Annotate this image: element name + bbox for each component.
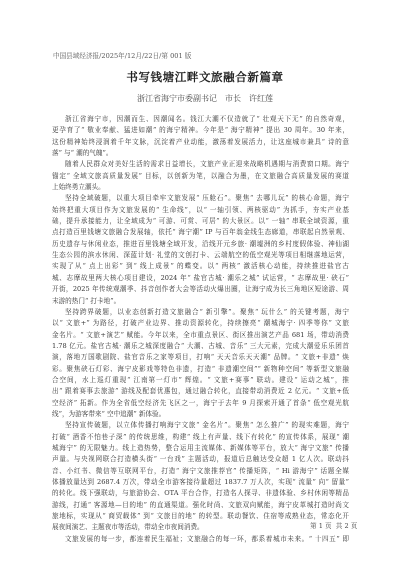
body-text-line: 始终把重大项目作为文旅发展的“ 生命线”，以“ 一轴引领、两核驱动” 为抓手，夯… — [52, 205, 349, 216]
body-text-line: 坚持全域破题，以重大项目牵牢文旅发展“ 压舱石”。聚焦“ 去哪儿玩” 的核心命题… — [52, 193, 349, 204]
document-page: 中国县域经济报/2025年/12月/22日/第 001 版 书写钱塘江畔文旅融合… — [0, 0, 410, 580]
body-text-line: 金名片。“ 文旅+演艺” 赋能。今年以来，全市重点景区、街区推出演艺产品 681… — [52, 330, 349, 341]
body-text-line: 出“ 跟着赛事去旅游” 游线及配套优惠包，通过融合转化，直接带动消费近 2 亿元… — [52, 386, 349, 397]
article-title: 书写钱塘江畔文旅融合新篇章 — [0, 69, 410, 85]
body-text-line: 演，落地万国歌剧院、盐官音乐之家等项目，打响“ 天天音乐天天潮” 品牌。“ 文旅… — [52, 352, 349, 363]
body-text-line: 点打造百里钱塘文旅融合发展轴，依托“ 海宁潮” IP 与百年翁金线生态廊道，串联… — [52, 227, 349, 238]
body-text-line: 文旅发展的每一步，都连着民生福祉；文旅融合的每一环，都系着城市未来。“ 十四五”… — [52, 534, 349, 545]
body-text-line: 1.78 亿元。盐官古城· 潮乐之城深度融合“ 大潮、古城、音乐” 三大元素，完… — [52, 341, 349, 352]
body-text-line: 游线，打通“ 客源地—目的地” 的直通渠道。强化时尚、文旅双向赋能，海宁皮革城打… — [52, 500, 349, 511]
publication-source-line: 中国县域经济报/2025年/12月/22日/第 001 版 — [53, 50, 191, 60]
body-text-line: 坚持跨界破题，以业态创新打造文旅融合“ 新引擎”。聚焦“ 玩什么” 的关键考题，… — [52, 307, 349, 318]
body-text-line: 音、小红书、微信等互联网平台，打造“ 海宁文旅推荐官” 传播矩阵，“ Hi 游海… — [52, 466, 349, 477]
body-text-line: 实现了从“ 点上出彩” 到“ 线上成景” 的蝶变。以“ 两核” 激活核心动能，持… — [52, 261, 349, 272]
body-text-line: 以“ 文旅+” 为路径，打破产业边界、推动资源转化，持续擦亮“ 潮城海宁· 四季… — [52, 318, 349, 329]
body-text-line: 城、志摩故里两大核心项目建设，2024 年“ 盐官古城· 潮乐之城” 试运营，“… — [52, 273, 349, 284]
body-text-line: 线”，为游客带来“ 空中追潮” 新体验。 — [52, 409, 349, 420]
body-text-line: 末游的热门“ 打卡地”。 — [52, 296, 349, 307]
body-text-line: 彩。聚焦硖石灯彩、海宁皮影戏等特色非遗，打造“ 非遗潮空间”“ 新物种空间” 等… — [52, 364, 349, 375]
body-text-line: 声量。与央视网联合打造横头街“ 一台戏” 主题活动，报道后总触达受众超 1 亿人… — [52, 454, 349, 465]
body-text-line: 的转化。线下强联动，与旅游协会、OTA 平台合作，打造名人探寻、非遗体验、乡村休… — [52, 488, 349, 499]
body-text-line: 开街，2025 年传统观潮季、抖音创作者大会等活动火爆出圈，让海宁成为长三角地区… — [52, 284, 349, 295]
article-byline: 浙江省海宁市委副书记 市长 许红莲 — [0, 93, 410, 104]
body-text-line: 础，提升承接能力，让全域成为“ 可游、可赏、可居” 的大景区。以“ 一轴” 串联… — [52, 216, 349, 227]
body-text-line: 浙江省海宁市，因潮而生、因潮闻名。钱江大潮不仅造就了“ 壮观天下无” 的自然奇观… — [52, 114, 349, 125]
page-indicator: 第 1 页 共 2 页 — [310, 520, 357, 530]
body-text-line: 上始终勇立潮头。 — [52, 182, 349, 193]
body-text-line: 城海宁” 的无限魅力。线上造热势，整合运用主流媒体、新媒体等平台，放大“ 海宁文… — [52, 443, 349, 454]
body-text-line: 旅地标，实现从“ 商贸载体” 到“ 文旅目的地” 的转型。联动餐饮、住宿等成熟业… — [52, 511, 349, 522]
body-text-line: 空经济” 拓新。作为全省低空经济先飞区之一，海宁于去年 9 月探索开通了首条“ … — [52, 398, 349, 409]
body-text-line: 更孕育了“ 敬业奉献、猛进如潮” 的海宁精神。今年是“ 海宁精神” 提出 30 … — [52, 125, 349, 136]
body-text-line: 打破“ 酒香不怕巷子深” 的传统思维，构建“ 线上有声量、线下有转化” 的宣传体… — [52, 432, 349, 443]
body-text-line: 历史遗存与休闲业态，推进百里钱塘全域开发，沿线开元乡旅· 潮墟洲的乡村度假体验、… — [52, 239, 349, 250]
body-text-line: 展夜间演艺、主题夜市等活动，带动全市夜间消费。 — [52, 522, 349, 533]
article-body: 浙江省海宁市，因潮而生、因潮闻名。钱江大潮不仅造就了“ 壮观天下无” 的自然奇观… — [52, 114, 349, 545]
body-text-line: 这份精神始终浸润着千年文脉，沉淀着产业动能，激荡着发展活力，让这座城市兼具“ 诗… — [52, 137, 349, 148]
body-text-line: 生态公园的滨水休闲、深蓝计划· 礼堂的文创打卡、云端航空的低空观光等项目相继落地… — [52, 250, 349, 261]
body-text-line: 体播放量达到 2687.4 万次，带动全市游客接待量超过 1837.7 万人次，… — [52, 477, 349, 488]
body-text-line: 锚定“ 全域文旅高质量发展” 目标，以创新为笔，以融合为墨，在文旅融合高质量发展… — [52, 171, 349, 182]
body-text-line: 落” 与“ 潮的气魄”。 — [52, 148, 349, 159]
body-text-line: 合空间，水上巡灯重现“ 江南第一灯市” 辉煌。“ 文旅+赛事” 联动。建设“ 运… — [52, 375, 349, 386]
body-text-line: 随着人民群众对美好生活的需求日益增长，文旅产业正迎来战略机遇期与消费窗口期。海宁 — [52, 159, 349, 170]
body-text-line: 坚持宣传破题，以立体传播打响海宁文旅“ 金名片”。聚焦“ 怎么推广” 的现实难题… — [52, 420, 349, 431]
